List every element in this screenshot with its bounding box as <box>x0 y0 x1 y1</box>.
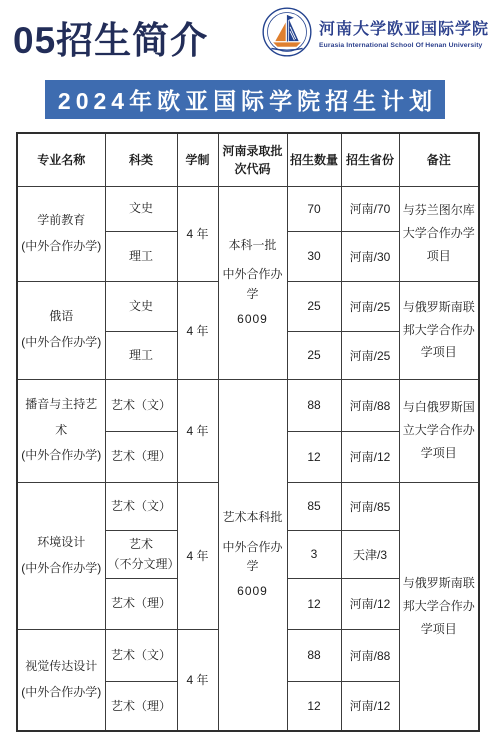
col-header-major: 专业名称 <box>17 133 105 186</box>
cell-category: 艺术 （不分文理） <box>105 530 177 578</box>
cell-count: 12 <box>287 681 341 731</box>
cell-count: 12 <box>287 431 341 482</box>
batch-code: 6009 <box>221 310 285 329</box>
table-row: 播音与主持艺术 (中外合作办学) 艺术（文） 4 年 艺术本科批 中外合作办学 … <box>17 379 479 431</box>
cell-count: 25 <box>287 331 341 379</box>
cell-count: 12 <box>287 578 341 629</box>
cell-duration: 4 年 <box>177 629 218 731</box>
cell-category: 艺术（理） <box>105 578 177 629</box>
cell-batch-art-undergrad: 艺术本科批 中外合作办学 6009 <box>218 379 287 731</box>
major-subtitle: (中外合作办学) <box>20 234 103 260</box>
cell-count: 3 <box>287 530 341 578</box>
cell-major-environmental-design: 环境设计 (中外合作办学) <box>17 482 105 629</box>
cell-category: 文史 <box>105 186 177 231</box>
batch-name: 艺术本科批 <box>221 508 285 527</box>
major-subtitle: (中外合作办学) <box>20 556 103 582</box>
col-header-province: 招生省份 <box>341 133 399 186</box>
cell-category: 艺术（文） <box>105 482 177 530</box>
batch-name: 本科一批 <box>221 236 285 255</box>
cell-category: 理工 <box>105 231 177 281</box>
cell-province: 河南/30 <box>341 231 399 281</box>
cell-province: 河南/25 <box>341 331 399 379</box>
school-name-block: 河南大学欧亚国际学院 Eurasia International School … <box>319 16 489 49</box>
cell-province: 河南/12 <box>341 431 399 482</box>
cell-count: 70 <box>287 186 341 231</box>
sailboat-emblem-icon <box>261 6 313 58</box>
cell-duration: 4 年 <box>177 281 218 379</box>
table-header-row: 专业名称 科类 学制 河南录取批次代码 招生数量 招生省份 备注 <box>17 133 479 186</box>
col-header-batch-code: 河南录取批次代码 <box>218 133 287 186</box>
cell-province: 河南/85 <box>341 482 399 530</box>
cell-province: 天津/3 <box>341 530 399 578</box>
plan-title-banner: 2024年欧亚国际学院招生计划 <box>45 80 445 119</box>
col-header-count: 招生数量 <box>287 133 341 186</box>
cell-count: 85 <box>287 482 341 530</box>
cell-count: 88 <box>287 629 341 681</box>
col-header-category: 科类 <box>105 133 177 186</box>
major-subtitle: (中外合作办学) <box>20 330 103 356</box>
major-name: 环境设计 <box>20 530 103 556</box>
cell-duration: 4 年 <box>177 186 218 281</box>
page-title: 05招生简介 <box>13 10 208 64</box>
cell-category: 理工 <box>105 331 177 379</box>
cell-note-southern-federal-2: 与俄罗斯南联邦大学合作办学项目 <box>399 482 479 731</box>
cell-major-russian: 俄语 (中外合作办学) <box>17 281 105 379</box>
cell-province: 河南/12 <box>341 578 399 629</box>
major-subtitle: (中外合作办学) <box>20 443 103 469</box>
cell-major-visual-communication: 视觉传达设计 (中外合作办学) <box>17 629 105 731</box>
cell-province: 河南/25 <box>341 281 399 331</box>
cell-province: 河南/88 <box>341 629 399 681</box>
cell-count: 30 <box>287 231 341 281</box>
cell-category: 艺术（文） <box>105 629 177 681</box>
major-name: 学前教育 <box>20 208 103 234</box>
cell-note-southern-federal: 与俄罗斯南联邦大学合作办学项目 <box>399 281 479 379</box>
major-subtitle: (中外合作办学) <box>20 680 103 706</box>
major-name: 播音与主持艺术 <box>20 392 103 444</box>
school-name-cn: 河南大学欧亚国际学院 <box>319 16 489 39</box>
cell-major-broadcasting: 播音与主持艺术 (中外合作办学) <box>17 379 105 482</box>
cell-duration: 4 年 <box>177 482 218 629</box>
plan-title: 2024年欧亚国际学院招生计划 <box>53 83 437 116</box>
major-name: 俄语 <box>20 304 103 330</box>
batch-type: 中外合作办学 <box>221 538 285 576</box>
table-row: 学前教育 (中外合作办学) 文史 4 年 本科一批 中外合作办学 6009 70… <box>17 186 479 231</box>
cell-category: 艺术（理） <box>105 681 177 731</box>
cell-note-finland-turku: 与芬兰图尔库大学合作办学项目 <box>399 186 479 281</box>
batch-type: 中外合作办学 <box>221 265 285 303</box>
col-header-note: 备注 <box>399 133 479 186</box>
cell-province: 河南/12 <box>341 681 399 731</box>
cell-note-belarusian-state: 与白俄罗斯国立大学合作办学项目 <box>399 379 479 482</box>
cell-count: 25 <box>287 281 341 331</box>
major-name: 视觉传达设计 <box>20 654 103 680</box>
cell-category: 文史 <box>105 281 177 331</box>
cell-count: 88 <box>287 379 341 431</box>
cell-province: 河南/70 <box>341 186 399 231</box>
col-header-duration: 学制 <box>177 133 218 186</box>
cell-category: 艺术（文） <box>105 379 177 431</box>
batch-code: 6009 <box>221 582 285 601</box>
cell-category: 艺术（理） <box>105 431 177 482</box>
cell-duration: 4 年 <box>177 379 218 482</box>
admission-plan-table: 专业名称 科类 学制 河南录取批次代码 招生数量 招生省份 备注 学前教育 (中… <box>16 132 480 732</box>
school-logo: 河南大学欧亚国际学院 Eurasia International School … <box>261 6 485 58</box>
cell-batch-undergrad-first: 本科一批 中外合作办学 6009 <box>218 186 287 379</box>
school-name-en: Eurasia International School Of Henan Un… <box>319 42 489 49</box>
cell-major-preschool-education: 学前教育 (中外合作办学) <box>17 186 105 281</box>
cell-province: 河南/88 <box>341 379 399 431</box>
admissions-poster: 05招生简介 河南大学欧亚国际学院 Eurasia International … <box>0 0 490 747</box>
